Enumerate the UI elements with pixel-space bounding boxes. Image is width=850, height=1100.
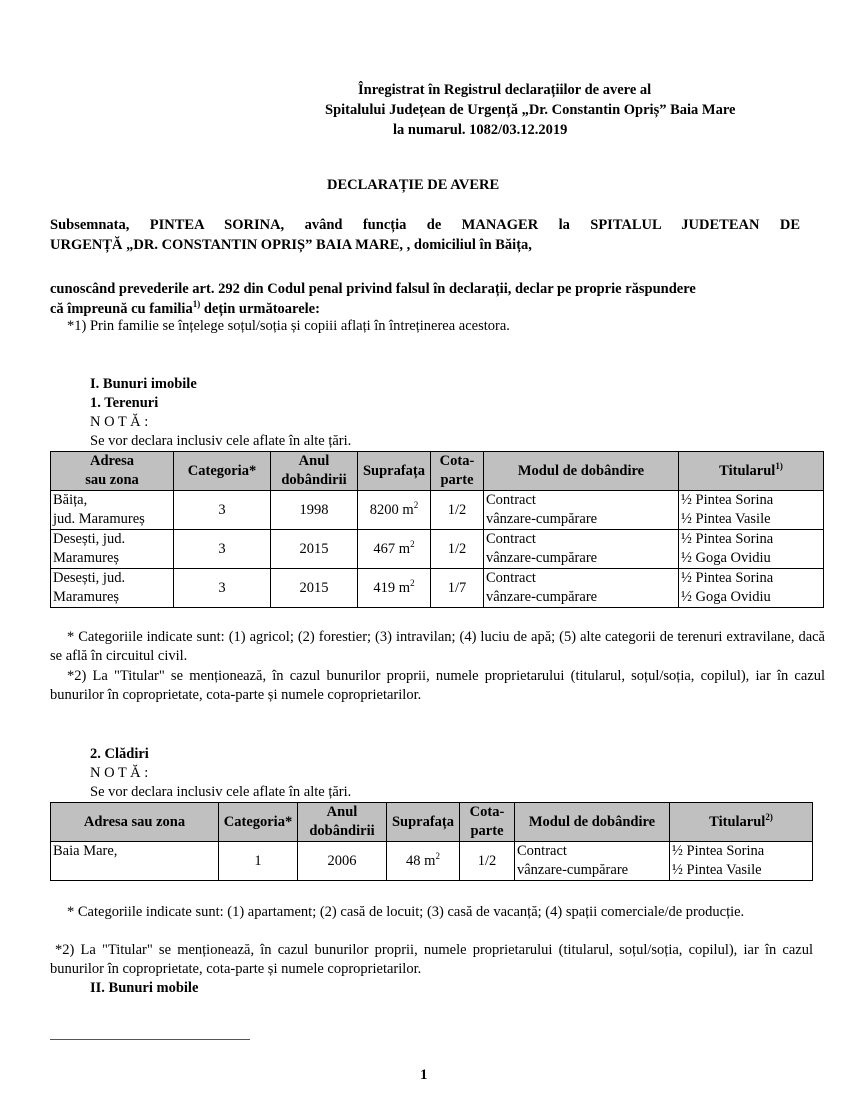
table-row: Desești, jud.Maramureș32015419 m21/7Cont…	[51, 569, 824, 608]
table-header-row: Adresasau zona Categoria* Anuldobândirii…	[51, 452, 824, 491]
cell-modul: Contractvânzare-cumpărare	[484, 530, 679, 569]
col-anul: Anuldobândirii	[298, 803, 387, 842]
subheading-cladiri: 2. Clădiri	[90, 745, 149, 764]
cell-titular: ½ Pintea Sorina½ Pintea Vasile	[670, 842, 813, 881]
declaration-line-1: cunoscând prevederile art. 292 din Codul…	[50, 279, 795, 299]
cell-adresa: Desești, jud.Maramureș	[51, 569, 174, 608]
cell-cota: 1/2	[460, 842, 515, 881]
registration-header: Înregistrat în Registrul declarațiilor d…	[300, 80, 820, 140]
cell-anul: 2015	[271, 569, 358, 608]
document-title: DECLARAȚIE DE AVERE	[327, 177, 499, 194]
registration-line-2: Spitalului Județean de Urgență „Dr. Cons…	[300, 100, 820, 120]
cell-titular: ½ Pintea Sorina½ Goga Ovidiu	[679, 530, 824, 569]
cladiri-footnote-titular: *2) La "Titular" se menționează, în cazu…	[50, 941, 813, 979]
cell-modul: Contractvânzare-cumpărare	[484, 491, 679, 530]
nota-label: N O T Ă :	[90, 413, 148, 432]
cell-anul: 2015	[271, 530, 358, 569]
cell-adresa: Baia Mare,	[51, 842, 219, 881]
col-anul: Anuldobândirii	[271, 452, 358, 491]
footnote-separator	[50, 1039, 250, 1040]
cell-suprafata: 48 m2	[387, 842, 460, 881]
registration-line-1: Înregistrat în Registrul declarațiilor d…	[300, 80, 820, 100]
page-number: 1	[420, 1067, 428, 1084]
table-row: Băița, jud. Maramureș319988200 m21/2Cont…	[51, 491, 824, 530]
cell-suprafata: 419 m2	[358, 569, 431, 608]
cell-adresa: Băița, jud. Maramureș	[51, 491, 174, 530]
cell-modul: Contractvânzare-cumpărare	[515, 842, 670, 881]
cell-cota: 1/7	[431, 569, 484, 608]
terenuri-table: Adresasau zona Categoria* Anuldobândirii…	[50, 451, 824, 608]
intro-paragraph: Subsemnata, PINTEA SORINA, având funcția…	[50, 215, 800, 255]
table-row: Desești, jud.Maramureș32015467 m21/2Cont…	[51, 530, 824, 569]
declaration-line-2: că împreună cu familia1) dețin următoare…	[50, 299, 795, 319]
col-cota: Cota-parte	[431, 452, 484, 491]
table-header-row: Adresa sau zona Categoria* Anuldobândiri…	[51, 803, 813, 842]
cell-adresa: Desești, jud.Maramureș	[51, 530, 174, 569]
section-heading-bunuri-imobile: I. Bunuri imobile	[90, 375, 197, 394]
family-note: *1) Prin familie se înțelege soțul/soția…	[67, 318, 510, 335]
cell-categoria: 1	[219, 842, 298, 881]
nota-label-2: N O T Ă :	[90, 764, 148, 783]
col-adresa: Adresasau zona	[51, 452, 174, 491]
table-row: Baia Mare,1200648 m21/2Contractvânzare-c…	[51, 842, 813, 881]
intro-line-2: URGENȚĂ „DR. CONSTANTIN OPRIȘ” BAIA MARE…	[50, 235, 800, 255]
col-modul: Modul de dobândire	[515, 803, 670, 842]
col-adresa: Adresa sau zona	[51, 803, 219, 842]
cell-titular: ½ Pintea Sorina½ Goga Ovidiu	[679, 569, 824, 608]
col-cota: Cota-parte	[460, 803, 515, 842]
cell-categoria: 3	[174, 491, 271, 530]
subheading-terenuri: 1. Terenuri	[90, 394, 158, 413]
col-modul: Modul de dobândire	[484, 452, 679, 491]
cell-titular: ½ Pintea Sorina½ Pintea Vasile	[679, 491, 824, 530]
declaration-paragraph: cunoscând prevederile art. 292 din Codul…	[50, 279, 795, 319]
terenuri-footnote-categories: * Categoriile indicate sunt: (1) agricol…	[50, 628, 825, 666]
cell-modul: Contractvânzare-cumpărare	[484, 569, 679, 608]
cladiri-table: Adresa sau zona Categoria* Anuldobândiri…	[50, 802, 813, 881]
col-categoria: Categoria*	[174, 452, 271, 491]
section-heading-bunuri-mobile: II. Bunuri mobile	[90, 979, 198, 998]
cladiri-footnote-categories: * Categoriile indicate sunt: (1) apartam…	[50, 903, 813, 922]
nota-text: Se vor declara inclusiv cele aflate în a…	[90, 432, 351, 451]
col-categoria: Categoria*	[219, 803, 298, 842]
cell-categoria: 3	[174, 530, 271, 569]
terenuri-footnote-titular: *2) La "Titular" se menționează, în cazu…	[50, 667, 825, 705]
cell-anul: 1998	[271, 491, 358, 530]
col-suprafata: Suprafața	[358, 452, 431, 491]
cell-categoria: 3	[174, 569, 271, 608]
cell-suprafata: 467 m2	[358, 530, 431, 569]
cell-cota: 1/2	[431, 530, 484, 569]
intro-line-1: Subsemnata, PINTEA SORINA, având funcția…	[50, 215, 800, 235]
cell-anul: 2006	[298, 842, 387, 881]
cell-suprafata: 8200 m2	[358, 491, 431, 530]
registration-line-3: la numarul. 1082/03.12.2019	[300, 120, 820, 140]
col-titular: Titularul1)	[679, 452, 824, 491]
col-suprafata: Suprafața	[387, 803, 460, 842]
nota-text-2: Se vor declara inclusiv cele aflate în a…	[90, 783, 351, 802]
cell-cota: 1/2	[431, 491, 484, 530]
col-titular: Titularul2)	[670, 803, 813, 842]
